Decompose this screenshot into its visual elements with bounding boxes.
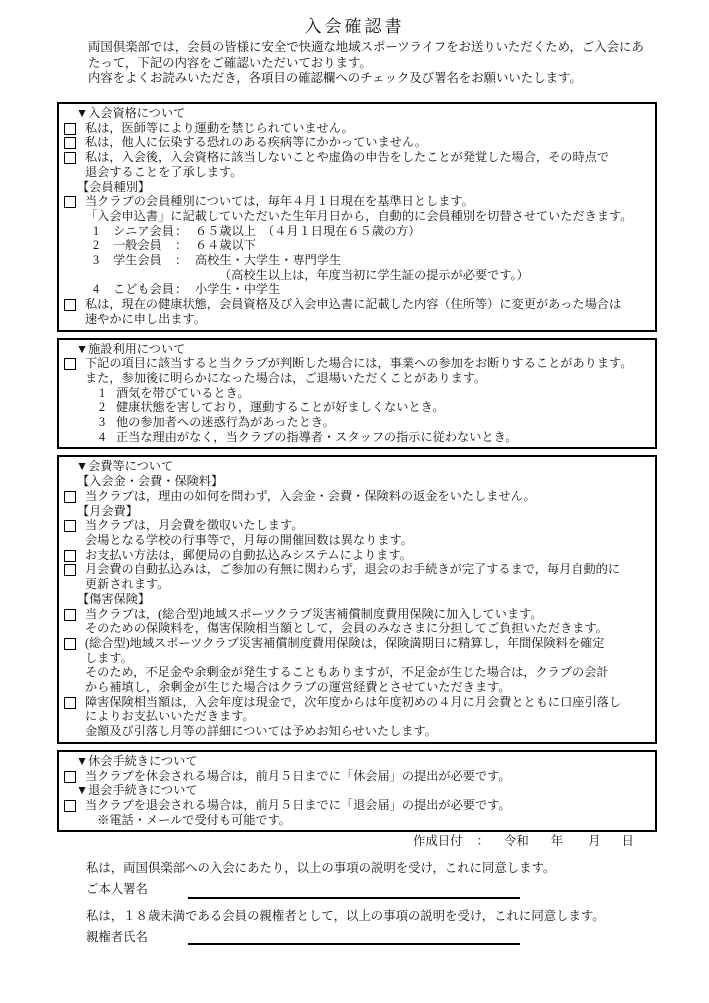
section-box-fees: ▼会費等について【入会金・会費・保険料】当クラブは，理由の如何を問わず，入会金・… (57, 455, 657, 743)
check-item-line: 私は，医師等により運動を禁じられていません。 (85, 121, 651, 136)
check-item: 下記の項目に該当すると当クラブが判断した場合には，事業への参加をお断りすることが… (59, 356, 651, 385)
check-item-line: 更新されます。 (85, 577, 651, 592)
check-item: (総合型)地域スポーツクラブ災害補償制度費用保険は，保険満期日に精算し，年間保険… (59, 636, 651, 695)
check-item-line: 退会することを了承します。 (85, 165, 651, 180)
member-type-row: 3学生会員：高校生・大学生・専門学生 (59, 253, 651, 268)
check-item-line: 金額及び引落し月等の詳細については予めお知らせいたします。 (85, 724, 651, 739)
section-subheading: 【会員種別】 (59, 180, 651, 195)
page-title: 入会確認書 (0, 12, 709, 37)
numbered-item-text: 酒気を帯びているとき。 (116, 386, 250, 401)
member-type-value: 小学生・中学生 (195, 282, 280, 297)
section-box-eligibility: ▼入会資格について私は，医師等により運動を禁じられていません。私は，他人に伝染す… (57, 102, 657, 332)
member-type-label: 学生会員 (113, 253, 175, 268)
member-type-number: 4 (93, 282, 113, 297)
check-item: 私は，他人に伝染する恐れのある疾病等にかかっていません。 (59, 135, 651, 150)
checkbox[interactable] (64, 550, 76, 562)
numbered-item-text: 正当な理由がなく，当クラブの指導者・スタッフの指示に従わないとき。 (116, 430, 517, 445)
creation-date-label: 作成日付 (413, 831, 463, 849)
check-item-text: 当クラブの会員種別については，毎年４月１日現在を基準日とします。「入会申込書」に… (85, 194, 651, 223)
member-type-colon: ： (175, 238, 195, 253)
check-item-line: 当クラブは，(総合型)地域スポーツクラブ災害補償制度費用保険に加入しています。 (85, 607, 651, 622)
check-item: 月会費の自動払込みは，ご参加の有無に関わらず，退会のお手続きが完了するまで，毎月… (59, 562, 651, 591)
numbered-item-number: 4 (99, 430, 116, 445)
intro-paragraph: 両国倶楽部では，会員の皆様に安全で快適な地域スポーツライフをお送りいただくため，… (88, 40, 646, 71)
check-item-text: 当クラブを休会される場合は，前月５日までに「休会届」の提出が必要です。 (85, 769, 651, 784)
check-item-line: そのため，不足金や余剰金が発生することもありますが，不足金が生じた場合は，クラブ… (85, 665, 651, 680)
form-sections: ▼入会資格について私は，医師等により運動を禁じられていません。私は，他人に伝染す… (57, 102, 657, 838)
section-subheading: 【入会金・会費・保険料】 (59, 474, 651, 489)
numbered-item: 4正当な理由がなく，当クラブの指導者・スタッフの指示に従わないとき。 (59, 430, 651, 445)
member-type-row: 1シニア会員：６５歳以上 （４月１日現在６５歳の方） (59, 224, 651, 239)
checkbox[interactable] (64, 609, 76, 621)
check-item-line: します。 (85, 651, 651, 666)
check-item-text: 当クラブは，月会費を徴収いたします。会場となる学校の行事等で，月毎の開催回数は異… (85, 518, 651, 547)
member-type-note: （高校生以上は，年度当初に学生証の提示が必要です。） (59, 268, 651, 283)
numbered-item: 2健康状態を害しており，運動することが好ましくないとき。 (59, 400, 651, 415)
checkbox[interactable] (64, 137, 76, 149)
creation-date-line: 作成日付 ： 令和 年 月 日 (413, 831, 634, 849)
check-item: 私は，医師等により運動を禁じられていません。 (59, 121, 651, 136)
check-item-text: (総合型)地域スポーツクラブ災害補償制度費用保険は，保険満期日に精算し，年間保険… (85, 636, 651, 695)
numbered-item-text: 他の参加者への迷惑行為があったとき。 (116, 415, 335, 430)
member-type-value: 高校生・大学生・専門学生 (195, 253, 341, 268)
check-item-line: によりお支払いいただきます。 (85, 709, 651, 724)
check-item-line: 当クラブは，理由の如何を問わず，入会金・会費・保険料の返金をいたしません。 (85, 489, 651, 504)
check-item-line: 私は，他人に伝染する恐れのある疾病等にかかっていません。 (85, 135, 651, 150)
member-signature-label: ご本人署名 (86, 879, 148, 897)
check-item-text: 私は，入会後，入会資格に該当しないことや虚偽の申告をしたことが発覚した場合，その… (85, 150, 651, 179)
member-type-colon: ： (175, 224, 195, 239)
month-suffix: 月 (588, 831, 600, 849)
member-signature-line[interactable] (188, 897, 520, 899)
section-subheading: 【月会費】 (59, 504, 651, 519)
member-type-row: 4こども会員：小学生・中学生 (59, 282, 651, 297)
check-item-line: お支払い方法は，郵便局の自動払込みシステムによります。 (85, 548, 651, 563)
checkbox[interactable] (64, 491, 76, 503)
check-item-line: 会場となる学校の行事等で，月毎の開催回数は異なります。 (85, 533, 651, 548)
member-type-value: ６５歳以上 （４月１日現在６５歳の方） (195, 224, 420, 239)
check-item-line: 障害保険相当額は，入会年度は現金で，次年度からは年度初めの４月に月会費とともに口… (85, 695, 651, 710)
check-item: 私は，現在の健康状態，会員資格及び入会申込書に記載した内容（住所等）に変更があっ… (59, 297, 651, 326)
check-item: 当クラブを休会される場合は，前月５日までに「休会届」の提出が必要です。 (59, 769, 651, 784)
numbered-item-number: 2 (99, 400, 116, 415)
member-type-value: ６４歳以下 (195, 238, 256, 253)
guardian-consent-statement: 私は，１８歳未満である会員の親権者として，以上の事項の説明を受け，これに同意しま… (86, 906, 605, 924)
check-item: 当クラブは，月会費を徴収いたします。会場となる学校の行事等で，月毎の開催回数は異… (59, 518, 651, 547)
checkbox[interactable] (64, 196, 76, 208)
check-item-line: 下記の項目に該当すると当クラブが判断した場合には，事業への参加をお断りすることが… (85, 356, 651, 371)
check-item-line: 当クラブの会員種別については，毎年４月１日現在を基準日とします。 (85, 194, 651, 209)
checkbox[interactable] (64, 800, 76, 812)
membership-confirmation-form: 入会確認書 両国倶楽部では，会員の皆様に安全で快適な地域スポーツライフをお送りい… (0, 0, 709, 1003)
member-type-number: 1 (93, 224, 113, 239)
check-item: 当クラブを退会される場合は，前月５日までに「退会届」の提出が必要です。 ※電話・… (59, 798, 651, 827)
check-item: 当クラブは，理由の如何を問わず，入会金・会費・保険料の返金をいたしません。 (59, 489, 651, 504)
section-heading: ▼休会手続きについて (59, 754, 651, 769)
check-item-line: 「入会申込書」に記載していただいた生年月日から，自動的に会員種別を切替させていた… (85, 209, 651, 224)
check-item-text: 当クラブは，理由の如何を問わず，入会金・会費・保険料の返金をいたしません。 (85, 489, 651, 504)
checkbox[interactable] (64, 358, 76, 370)
check-item: 当クラブの会員種別については，毎年４月１日現在を基準日とします。「入会申込書」に… (59, 194, 651, 223)
check-item: お支払い方法は，郵便局の自動払込みシステムによります。 (59, 548, 651, 563)
check-item-line: から補填し，余剰金が生じた場合はクラブの運営経費とさせていただきます。 (85, 680, 651, 695)
day-suffix: 日 (622, 831, 634, 849)
section-subheading: 【傷害保険】 (59, 592, 651, 607)
checkbox[interactable] (64, 697, 76, 709)
intro-paragraph: 内容をよくお読みいただき，各項目の確認欄へのチェック及び署名をお願いいたします。 (88, 71, 646, 87)
check-item-text: 月会費の自動払込みは，ご参加の有無に関わらず，退会のお手続きが完了するまで，毎月… (85, 562, 651, 591)
check-item-line: 当クラブは，月会費を徴収いたします。 (85, 518, 651, 533)
member-type-number: 3 (93, 253, 113, 268)
creation-date-colon: ： (477, 831, 489, 849)
check-item-text: 当クラブは，(総合型)地域スポーツクラブ災害補償制度費用保険に加入しています。そ… (85, 607, 651, 636)
checkbox[interactable] (64, 771, 76, 783)
era-label: 令和 (504, 831, 529, 849)
check-item: 当クラブは，(総合型)地域スポーツクラブ災害補償制度費用保険に加入しています。そ… (59, 607, 651, 636)
section-heading: ▼施設利用について (59, 342, 651, 357)
check-item-line: 当クラブを休会される場合は，前月５日までに「休会届」の提出が必要です。 (85, 769, 651, 784)
checkbox[interactable] (64, 638, 76, 650)
numbered-item-text: 健康状態を害しており，運動することが好ましくないとき。 (116, 400, 445, 415)
numbered-item: 3他の参加者への迷惑行為があったとき。 (59, 415, 651, 430)
member-type-label: こども会員 (113, 282, 175, 297)
check-item-text: 当クラブを退会される場合は，前月５日までに「退会届」の提出が必要です。 ※電話・… (85, 798, 651, 827)
checkbox[interactable] (64, 123, 76, 135)
year-suffix: 年 (551, 831, 563, 849)
check-item-line: ※電話・メールで受付も可能です。 (85, 813, 651, 828)
check-item-line: そのための保険料を，傷害保険相当額として，会員のみなさまに分担してご負担いただき… (85, 621, 651, 636)
check-item-line: 速やかに申し出ます。 (85, 312, 651, 327)
numbered-item: 1酒気を帯びているとき。 (59, 386, 651, 401)
section-box-facility-use: ▼施設利用について下記の項目に該当すると当クラブが判断した場合には，事業への参加… (57, 338, 657, 450)
check-item-text: 私は，現在の健康状態，会員資格及び入会申込書に記載した内容（住所等）に変更があっ… (85, 297, 651, 326)
section-heading: ▼会費等について (59, 459, 651, 474)
numbered-item-number: 1 (99, 386, 116, 401)
check-item: 障害保険相当額は，入会年度は現金で，次年度からは年度初めの４月に月会費とともに口… (59, 695, 651, 739)
check-item-line: また，参加後に明らかになった場合は，ご退場いただくことがあります。 (85, 371, 651, 386)
check-item-text: 下記の項目に該当すると当クラブが判断した場合には，事業への参加をお断りすることが… (85, 356, 651, 385)
intro-paragraphs: 両国倶楽部では，会員の皆様に安全で快適な地域スポーツライフをお送りいただくため，… (88, 40, 646, 87)
check-item-line: (総合型)地域スポーツクラブ災害補償制度費用保険は，保険満期日に精算し，年間保険… (85, 636, 651, 651)
check-item-text: 私は，他人に伝染する恐れのある疾病等にかかっていません。 (85, 135, 651, 150)
member-type-row: 2一般会員：６４歳以下 (59, 238, 651, 253)
member-type-label: 一般会員 (113, 238, 175, 253)
member-type-label: シニア会員 (113, 224, 175, 239)
check-item-text: 障害保険相当額は，入会年度は現金で，次年度からは年度初めの４月に月会費とともに口… (85, 695, 651, 739)
check-item-line: 当クラブを退会される場合は，前月５日までに「退会届」の提出が必要です。 (85, 798, 651, 813)
checkbox[interactable] (64, 152, 76, 164)
numbered-item-number: 3 (99, 415, 116, 430)
checkbox[interactable] (64, 564, 76, 576)
section-heading: ▼入会資格について (59, 106, 651, 121)
section-box-suspension-withdrawal: ▼休会手続きについて当クラブを休会される場合は，前月５日までに「休会届」の提出が… (57, 750, 657, 833)
check-item-line: 月会費の自動払込みは，ご参加の有無に関わらず，退会のお手続きが完了するまで，毎月… (85, 562, 651, 577)
member-type-number: 2 (93, 238, 113, 253)
checkbox[interactable] (64, 299, 76, 311)
check-item-text: 私は，医師等により運動を禁じられていません。 (85, 121, 651, 136)
check-item-line: 私は，入会後，入会資格に該当しないことや虚偽の申告をしたことが発覚した場合，その… (85, 150, 651, 165)
check-item: 私は，入会後，入会資格に該当しないことや虚偽の申告をしたことが発覚した場合，その… (59, 150, 651, 179)
guardian-signature-line[interactable] (188, 943, 520, 945)
section-heading: ▼退会手続きについて (59, 783, 651, 798)
check-item-text: お支払い方法は，郵便局の自動払込みシステムによります。 (85, 548, 651, 563)
member-type-colon: ： (175, 282, 195, 297)
checkbox[interactable] (64, 520, 76, 532)
check-item-line: 私は，現在の健康状態，会員資格及び入会申込書に記載した内容（住所等）に変更があっ… (85, 297, 651, 312)
member-type-colon: ： (175, 253, 195, 268)
member-consent-statement: 私は，両国倶楽部への入会にあたり，以上の事項の説明を受け，これに同意します。 (86, 858, 555, 876)
guardian-signature-label: 親権者氏名 (86, 927, 148, 945)
